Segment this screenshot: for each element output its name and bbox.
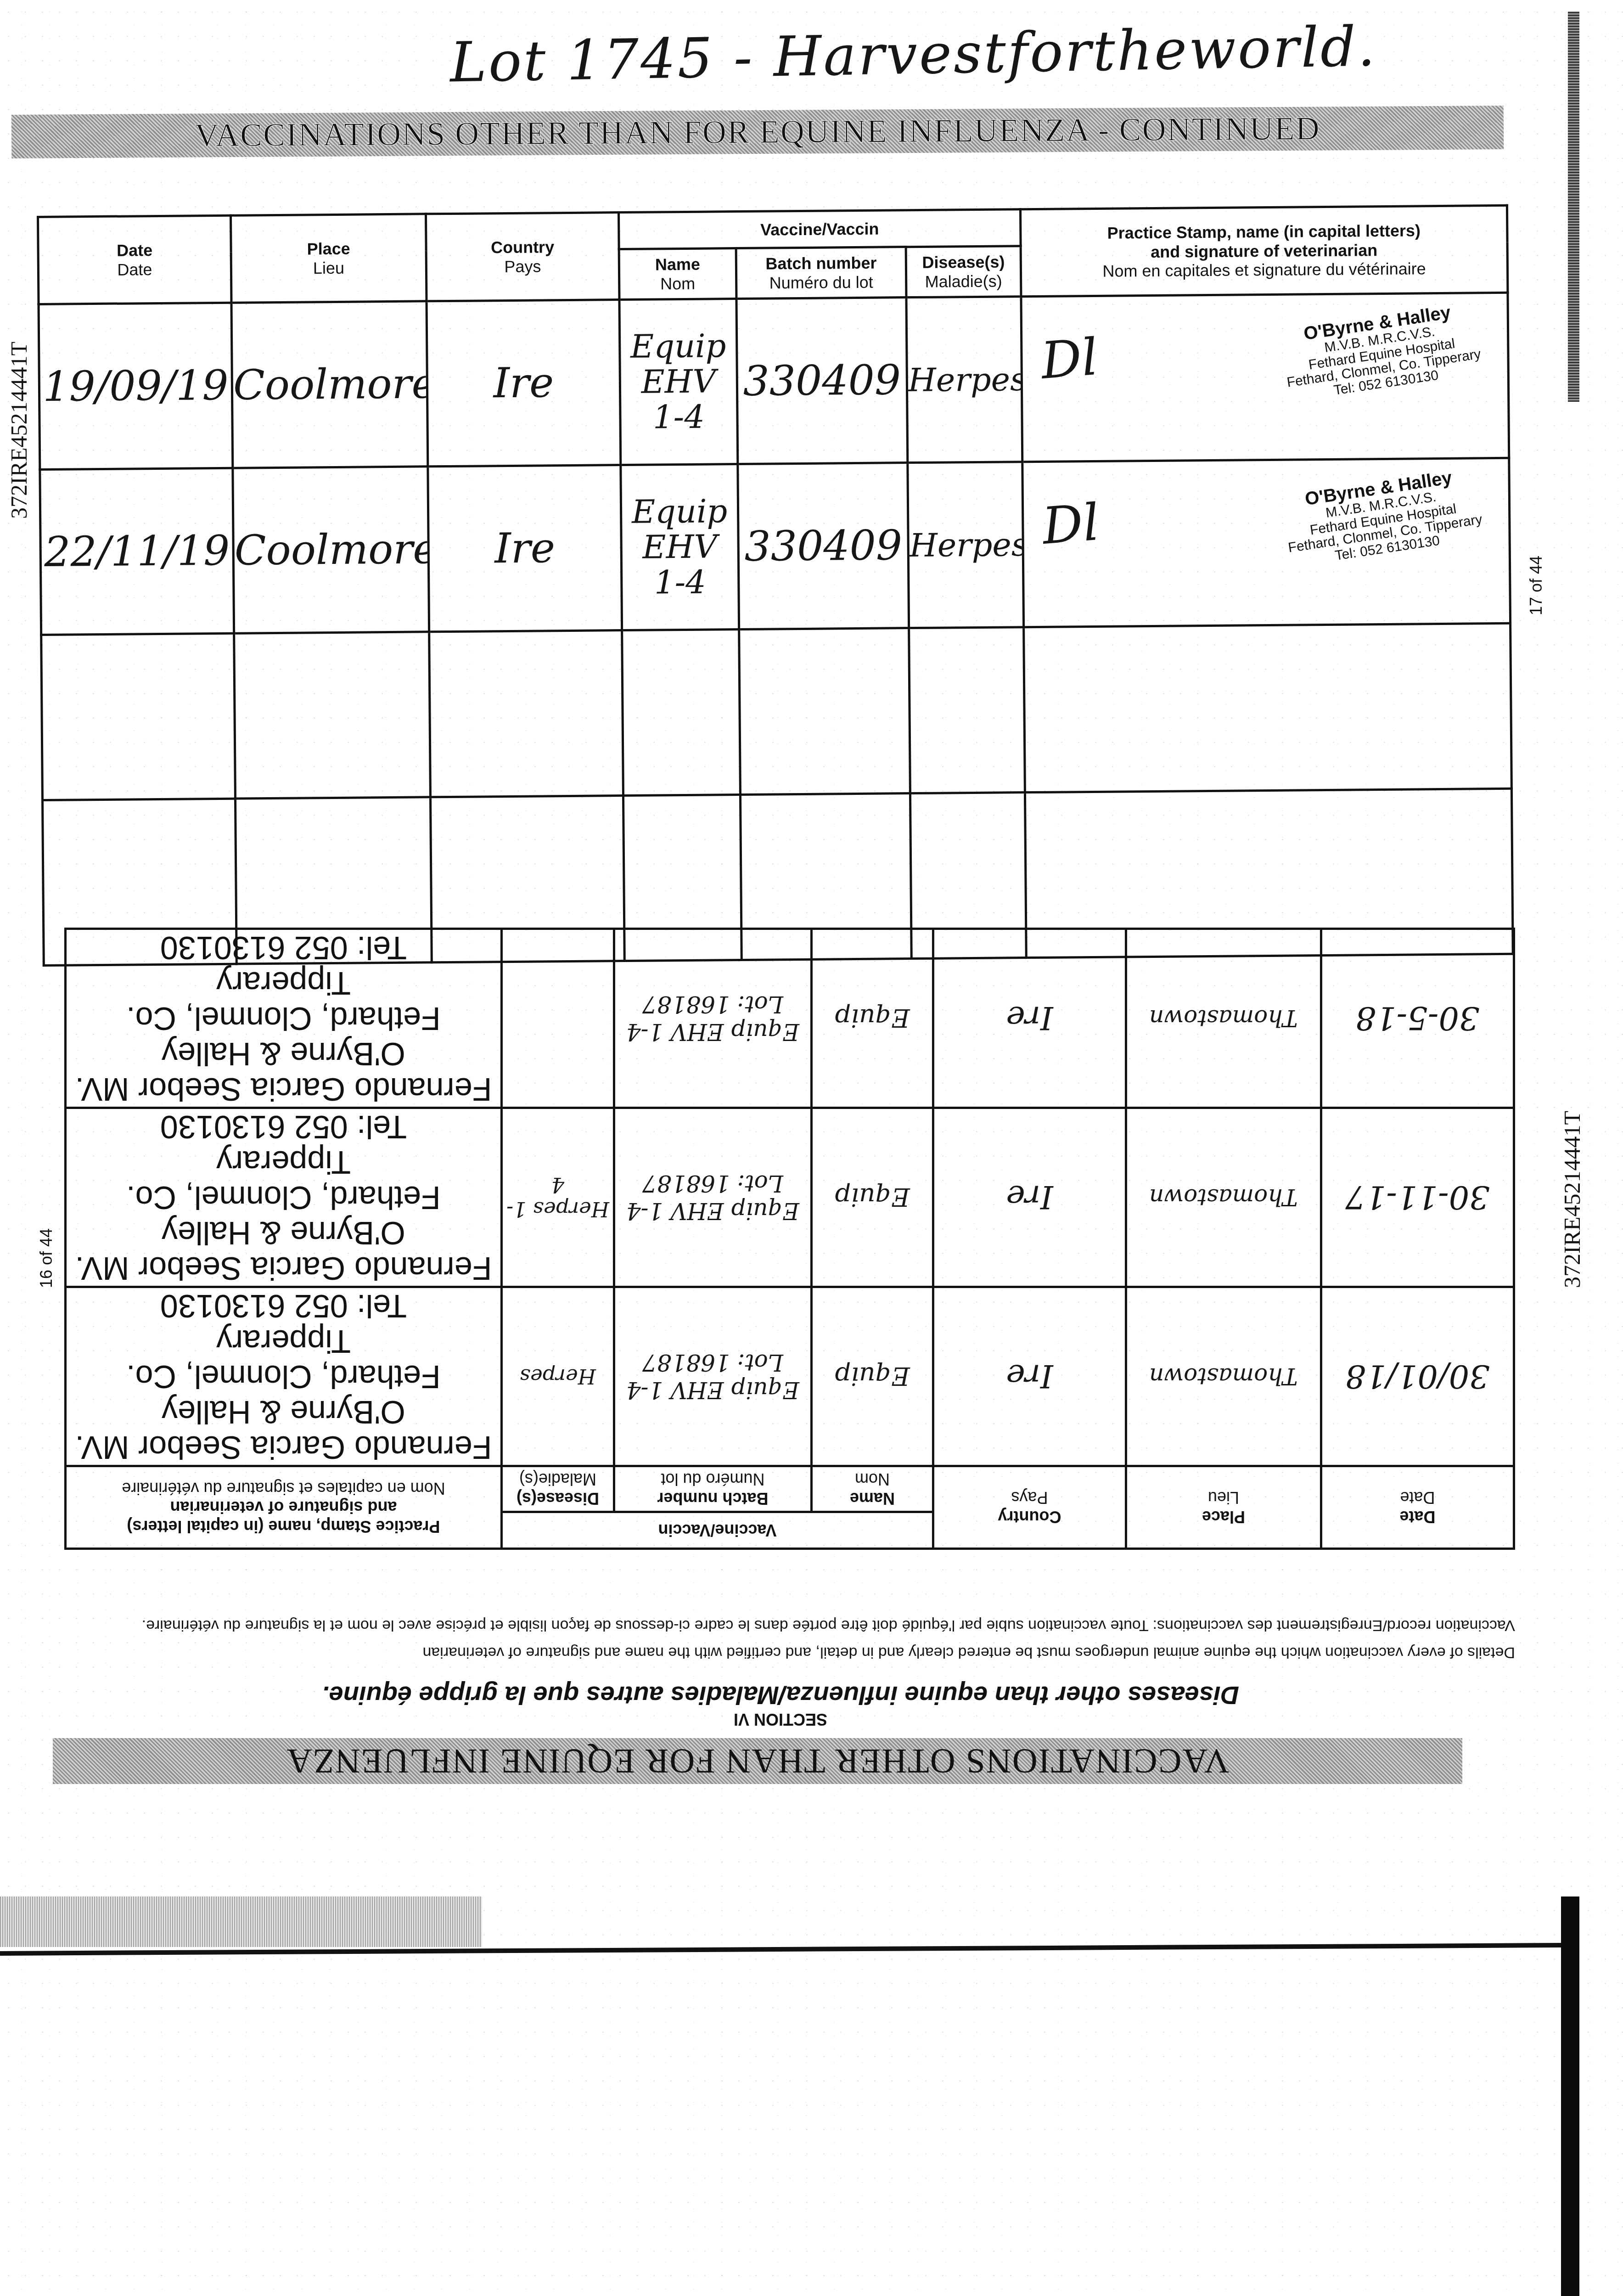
cell-date: 30/01/18 <box>1321 1287 1514 1466</box>
vet-signature: Dl <box>1040 493 1101 556</box>
cell-country <box>429 630 623 797</box>
cell-batch: Equip EHV 1-4Lot: 168187 <box>614 1287 812 1466</box>
scan-edge-shadow <box>1568 11 1579 402</box>
cell-vaccine-name: EquipEHV1-4 <box>621 464 739 630</box>
table-row: 30-5-18 Thomastown Ire Equip Equip EHV 1… <box>66 929 1514 1108</box>
banner-title: VACCINATIONS OTHER THAN FOR EQUINE INFLU… <box>195 110 1320 155</box>
page-number: 16 of 44 <box>37 1228 56 1288</box>
page-number: 17 of 44 <box>1527 556 1546 615</box>
handwritten-lot-note: Lot 1745 - Harvestfortheworld. <box>449 15 1377 95</box>
header-disease: Disease(s)Maladie(s) <box>501 1466 614 1512</box>
header-date: DateDate <box>38 215 231 304</box>
cell-date: 30-11-17 <box>1321 1108 1514 1287</box>
header-batch: Batch numberNuméro du lot <box>736 247 906 299</box>
cell-date: 22/11/19 <box>40 468 234 635</box>
table-row: 30-11-17 Thomastown Ire Equip Equip EHV … <box>66 1108 1514 1287</box>
cell-place: Coolmore <box>233 467 429 633</box>
header-stamp: Practice Stamp, name (in capital letters… <box>66 1466 502 1549</box>
cell-batch: Equip EHV 1-4Lot: 168187 <box>614 929 812 1108</box>
cell-vet-stamp: Fernando Garcia Seebor MV. O'Byrne & Hal… <box>66 1287 502 1466</box>
scan-edge-shadow-bottom <box>1561 1896 1579 2296</box>
cell-date: 19/09/19 <box>39 303 233 469</box>
header-date: DateDate <box>1321 1466 1514 1549</box>
cell-date: 30-5-18 <box>1321 929 1514 1108</box>
banner-title: VACCINATIONS OTHER THAN FOR EQUINE INFLU… <box>286 1741 1230 1781</box>
header-name: NameNom <box>812 1466 933 1512</box>
header-batch: Batch numberNuméro du lot <box>614 1466 812 1512</box>
header-vaccine-group: Vaccine/Vaccin <box>501 1512 933 1549</box>
section-label: SECTION VI <box>46 1710 1515 1729</box>
table-row-empty <box>41 623 1512 800</box>
section-banner: VACCINATIONS OTHER THAN FOR EQUINE INFLU… <box>11 106 1504 158</box>
table-row: 22/11/19 Coolmore Ire EquipEHV1-4 330409… <box>40 458 1511 635</box>
cell-vaccine-name <box>622 630 741 796</box>
cell-disease: Herpes <box>906 297 1022 463</box>
cell-vet-stamp: Fernando Garcia Seebor MV. O'Byrne & Hal… <box>66 929 502 1108</box>
cell-place: Thomastown <box>1126 1108 1321 1287</box>
instructions-en: Details of every vaccination which the e… <box>55 1640 1515 1665</box>
instructions-fr: Vaccination record/Enregistrement des va… <box>55 1614 1515 1638</box>
header-country: CountryPays <box>426 213 619 301</box>
cell-vaccine-name: EquipEHV1-4 <box>619 299 738 465</box>
vaccination-table: DateDate PlaceLieu CountryPays Vaccine/V… <box>37 204 1514 964</box>
inverted-previous-page: VACCINATIONS OTHER THAN FOR EQUINE INFLU… <box>46 953 1515 1793</box>
cell-batch: 330409 <box>736 298 908 464</box>
cell-vaccine-name: Equip <box>812 1287 933 1466</box>
practice-stamp: O'Byrne & Halley M.V.B. M.R.C.V.S. Fetha… <box>1279 299 1484 405</box>
header-disease: Disease(s)Maladie(s) <box>906 246 1021 298</box>
cell-disease: Herpes 1-4 <box>501 1108 614 1287</box>
cell-vaccine-name: Equip <box>812 1108 933 1287</box>
header-stamp: Practice Stamp, name (in capital letters… <box>1020 205 1507 296</box>
cell-batch <box>739 628 910 795</box>
header-place: PlaceLieu <box>1126 1466 1321 1549</box>
vaccination-table: DateDate PlaceLieu CountryPays Vaccine/V… <box>64 1063 1515 1550</box>
cell-place <box>234 632 431 799</box>
cell-country: Ire <box>933 1287 1126 1466</box>
cell-disease <box>909 627 1025 793</box>
table-row: 19/09/19 Coolmore Ire EquipEHV1-4 330409… <box>39 293 1509 469</box>
cell-country: Ire <box>427 300 621 467</box>
cell-vet-stamp <box>1024 623 1512 792</box>
cell-vet-stamp: Dl O'Byrne & Halley M.V.B. M.R.C.V.S. Fe… <box>1021 293 1509 461</box>
passport-id: 372IRE45214441T <box>1559 1111 1585 1288</box>
instructions: Details of every vaccination which the e… <box>55 1611 1515 1665</box>
cell-disease <box>501 929 614 1108</box>
cell-country: Ire <box>933 1108 1126 1287</box>
header-country: CountryPays <box>933 1466 1126 1549</box>
cell-vet-stamp: Fernando Garcia Seebor MV. O'Byrne & Hal… <box>66 1108 502 1287</box>
section-banner: VACCINATIONS OTHER THAN FOR EQUINE INFLU… <box>53 1738 1462 1784</box>
header-vaccine-group: Vaccine/Vaccin <box>618 209 1021 249</box>
cell-place: Coolmore <box>231 301 428 468</box>
practice-stamp: O'Byrne & Halley M.V.B. M.R.C.V.S. Fetha… <box>1280 465 1485 570</box>
vet-signature: Dl <box>1039 327 1100 390</box>
passport-id: 372IRE45214441T <box>6 342 32 519</box>
cell-vaccine-name: Equip <box>812 929 933 1108</box>
header-place: PlaceLieu <box>231 214 427 303</box>
cell-disease: Herpes <box>908 462 1024 628</box>
cell-country: Ire <box>933 929 1126 1108</box>
cell-place: Thomastown <box>1126 929 1321 1108</box>
cell-date <box>41 633 236 800</box>
scan-shading <box>0 1896 482 1947</box>
cell-disease: Herpes <box>501 1287 614 1466</box>
section-title: Diseases other than equine influenza/Mal… <box>46 1681 1515 1711</box>
cell-batch: Equip EHV 1-4Lot: 168187 <box>614 1108 812 1287</box>
header-name: NameNom <box>619 248 736 300</box>
cell-place: Thomastown <box>1126 1287 1321 1466</box>
cell-vet-stamp: Dl O'Byrne & Halley M.V.B. M.R.C.V.S. Fe… <box>1022 458 1511 627</box>
cell-batch: 330409 <box>738 463 909 630</box>
cell-country: Ire <box>428 465 622 632</box>
table-row: 30/01/18 Thomastown Ire Equip Equip EHV … <box>66 1287 1514 1466</box>
